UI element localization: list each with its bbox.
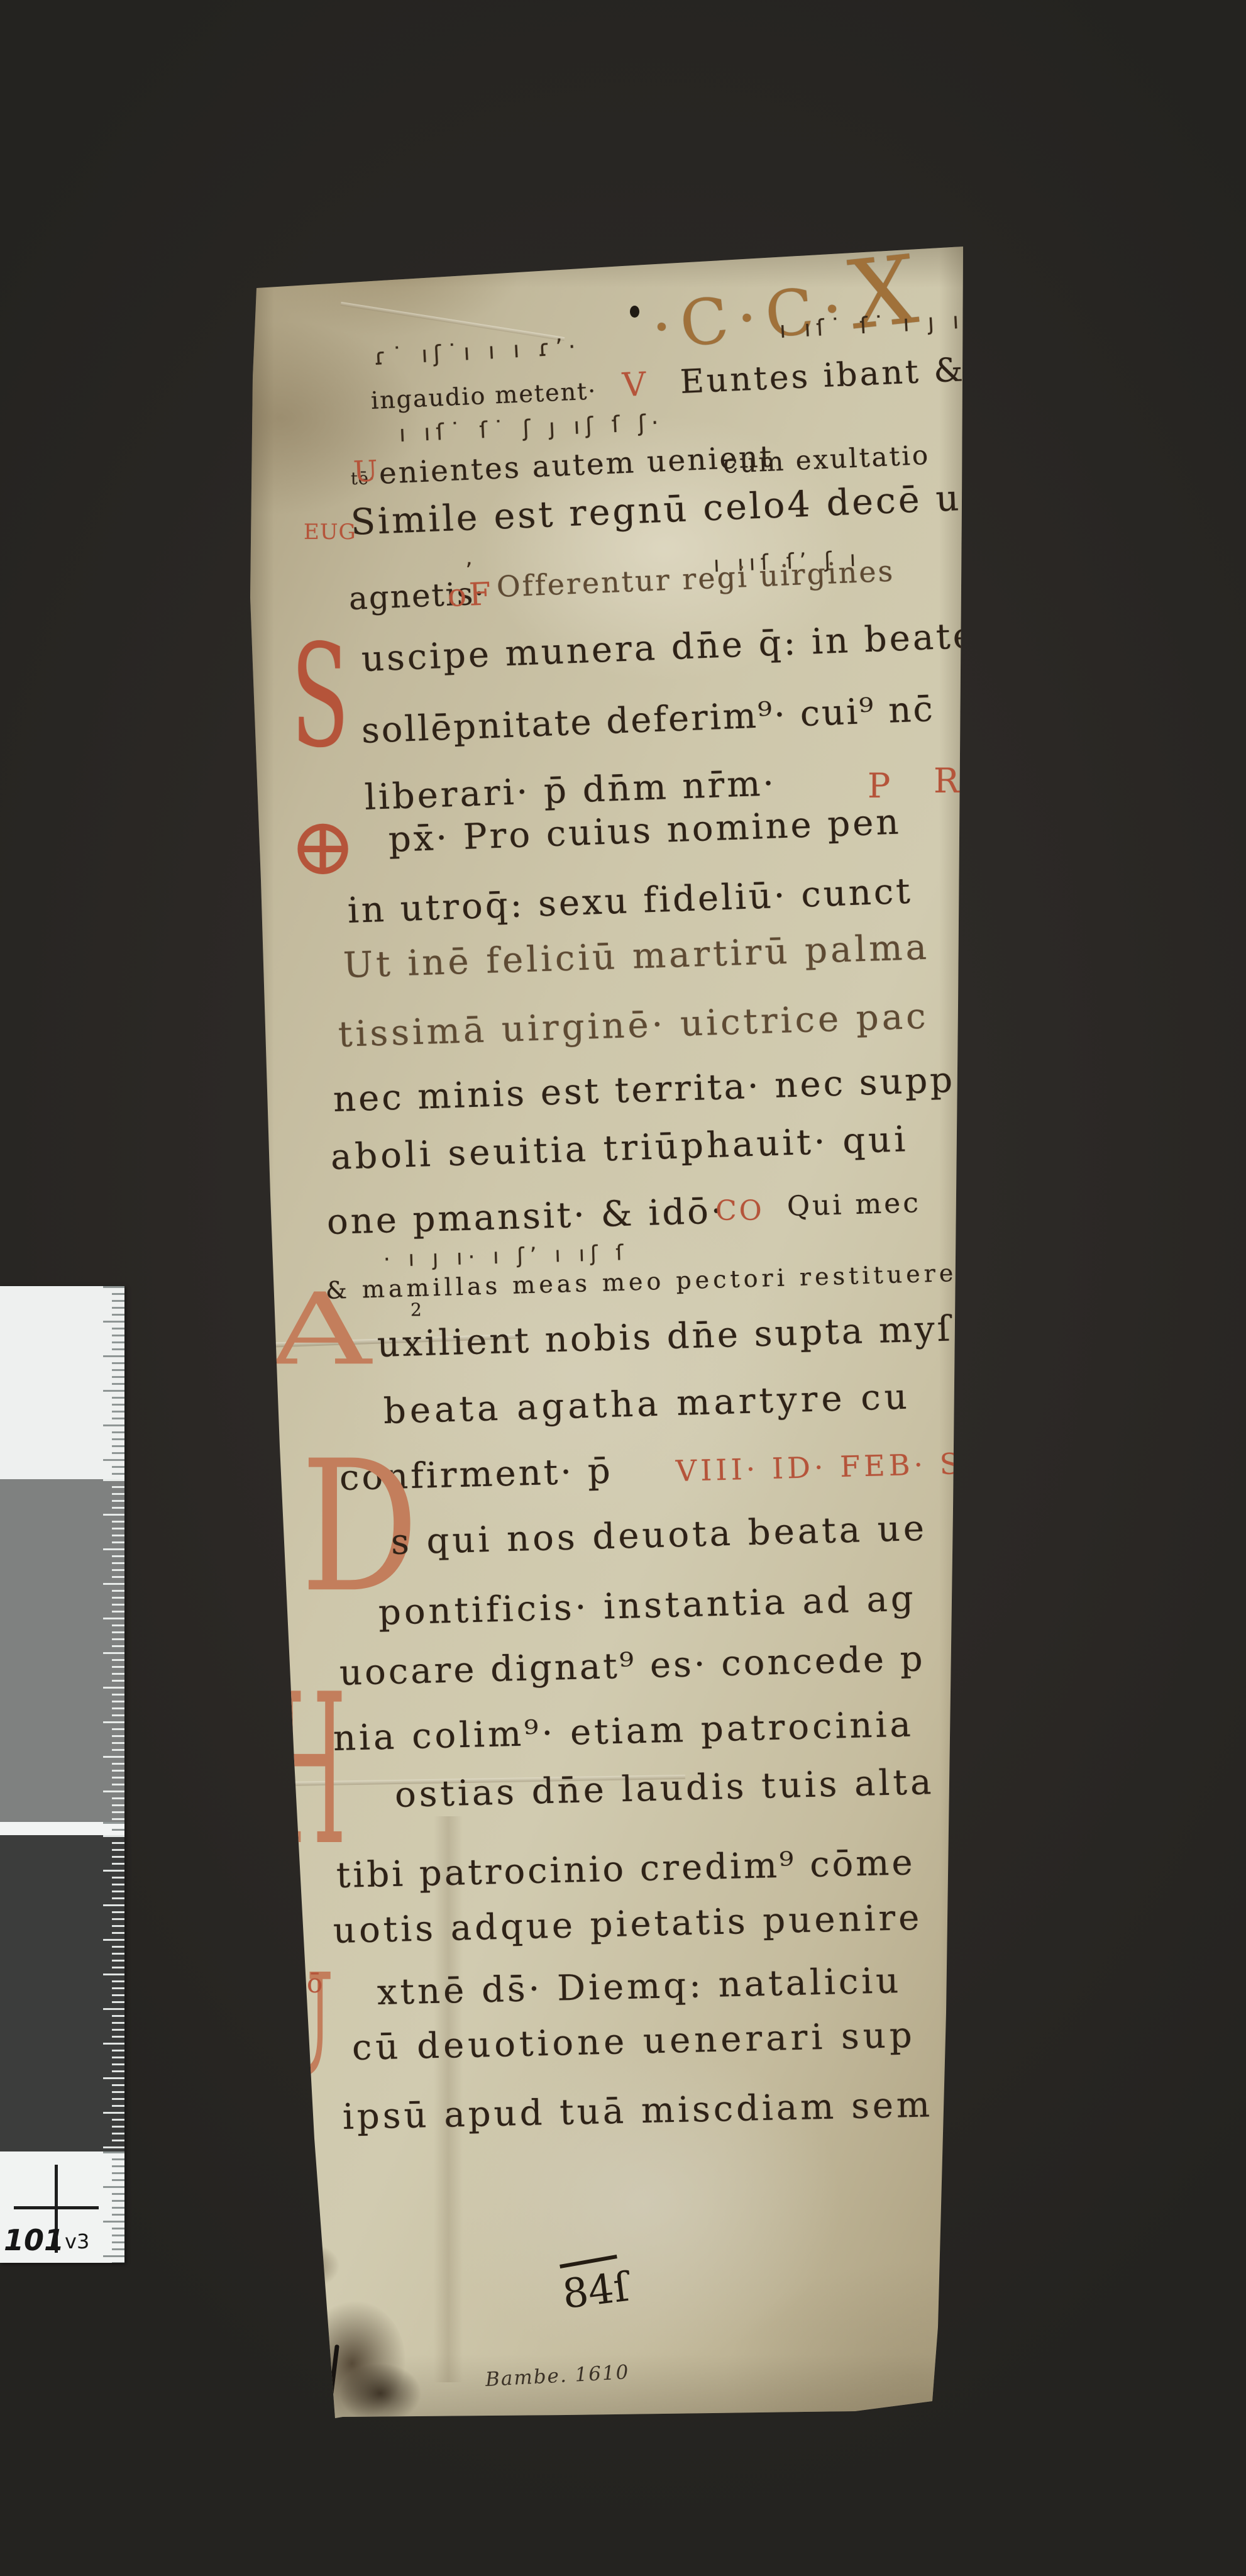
rubric-initial: V bbox=[622, 365, 649, 404]
illuminated-initial-cross: ⊕ bbox=[289, 807, 356, 887]
illuminated-initial-h: H bbox=[272, 1667, 346, 1874]
ruler-version-label: v3 bbox=[65, 2229, 89, 2253]
manuscript-line: nia colim⁹· etiam patrocinia bbox=[333, 1704, 914, 1759]
manuscript-line: in utroq̄: sexu fideliū· cunct bbox=[347, 871, 913, 931]
manuscript-line: pontificis· instantia ad ag bbox=[378, 1579, 917, 1633]
rubric-label: CO bbox=[715, 1195, 764, 1227]
wormhole bbox=[630, 306, 639, 318]
manuscript-line: uotis adque pietatis puenire bbox=[333, 1897, 923, 1951]
manuscript-line: xtnē ds̄· Diemq: nataliciu bbox=[377, 1960, 902, 2013]
neume-row: ɾ˙ ıʃ˙ı ı ı ɾʼ· bbox=[373, 334, 582, 370]
photo-background: ·C·C·X ɾ˙ ıʃ˙ı ı ı ɾʼ· ı ıſ˙ ſ˙ ı ȷ ıʼ i… bbox=[0, 0, 1246, 2576]
illuminated-initial-u: U bbox=[263, 1956, 334, 2097]
manuscript-line: uscipe munera dn̄e q̄: in beatę bbox=[361, 615, 977, 680]
illuminated-initial-u-small-o: ō bbox=[307, 1970, 323, 1997]
manuscript-line: uxilient nobis dn̄e supta myſ bbox=[377, 1308, 953, 1365]
rubric-label: oF bbox=[447, 575, 494, 614]
manuscript-line: ostias dn̄e laudis tuis alta bbox=[394, 1762, 935, 1816]
manuscript-parchment: ·C·C·X ɾ˙ ıʃ˙ı ı ı ɾʼ· ı ıſ˙ ſ˙ ı ȷ ıʼ i… bbox=[245, 244, 968, 2420]
manuscript-line: ingaudio metent· bbox=[370, 377, 597, 414]
rubric-letter: P bbox=[868, 766, 893, 806]
interlinear-numeral: 2 bbox=[411, 1299, 424, 1320]
manuscript-line: tibi patrocinio credim⁹ cōme bbox=[336, 1842, 915, 1896]
card-band-white-strip bbox=[0, 1822, 124, 1835]
manuscript-line: uocare dignat⁹ es· concede p bbox=[339, 1638, 925, 1694]
manuscript-line: one pmansit· & idō· bbox=[326, 1191, 725, 1243]
manuscript-line: Ut inē feliciū martirū palma bbox=[343, 927, 930, 986]
manuscript-line: ipsū apud tuā miscdiam sem bbox=[342, 2084, 933, 2138]
rubric-letter: R bbox=[934, 761, 962, 801]
rubric-date: VIII· ID· FEB· S bbox=[675, 1446, 964, 1488]
manuscript-line: enientes autem uenient bbox=[378, 440, 775, 491]
ink-stain bbox=[339, 2363, 421, 2423]
dealer-inscription: Bambe. 1610 bbox=[485, 2361, 630, 2391]
ink-stain bbox=[283, 2244, 339, 2288]
card-band-dark bbox=[0, 1835, 124, 2151]
manuscript-line: aboli seuitia triūphauit· qui bbox=[330, 1119, 909, 1178]
manuscript-line: s qui nos deuota beata ue bbox=[390, 1508, 928, 1563]
old-shelfmark: 84ſ bbox=[560, 2264, 631, 2318]
card-band-white bbox=[0, 1286, 124, 1479]
crease-line bbox=[341, 302, 565, 341]
manuscript-line: cū deuotione uenerari sup bbox=[351, 2015, 916, 2068]
quire-mark: ·C·C·X bbox=[645, 235, 931, 372]
manuscript-line: Qui mec bbox=[786, 1187, 921, 1223]
manuscript-line: beata agatha martyre cu bbox=[383, 1377, 911, 1432]
manuscript-line: sollēpnitate deferim⁹· cui⁹ nc̄ bbox=[361, 689, 935, 752]
illuminated-initial-a: A bbox=[269, 1280, 371, 1380]
rubric-initial: U bbox=[353, 453, 381, 489]
parchment-slit bbox=[329, 2345, 339, 2395]
neume-row: · ı ȷ ı· ı ʃʼ ı ıʃ ſ bbox=[383, 1240, 629, 1272]
illuminated-initial-s: S bbox=[291, 626, 349, 768]
ruler-number-label: 101 bbox=[4, 2223, 64, 2257]
manuscript-line: nec minis est territa· nec supp bbox=[333, 1060, 956, 1120]
ink-stain bbox=[287, 2291, 417, 2436]
rubric-label: EUG bbox=[304, 519, 356, 545]
neume-row: ı ıſ˙ ſ˙ ʃ ȷ ıʃ ſ ʃ· bbox=[399, 410, 664, 447]
calibration-ruler-card: 101 v3 bbox=[0, 1286, 124, 2263]
card-band-gray bbox=[0, 1479, 124, 1822]
manuscript-line: tissimā uirginē· uictrice pac bbox=[338, 996, 929, 1055]
manuscript-line: Offerentur regi uirgines bbox=[496, 554, 895, 604]
